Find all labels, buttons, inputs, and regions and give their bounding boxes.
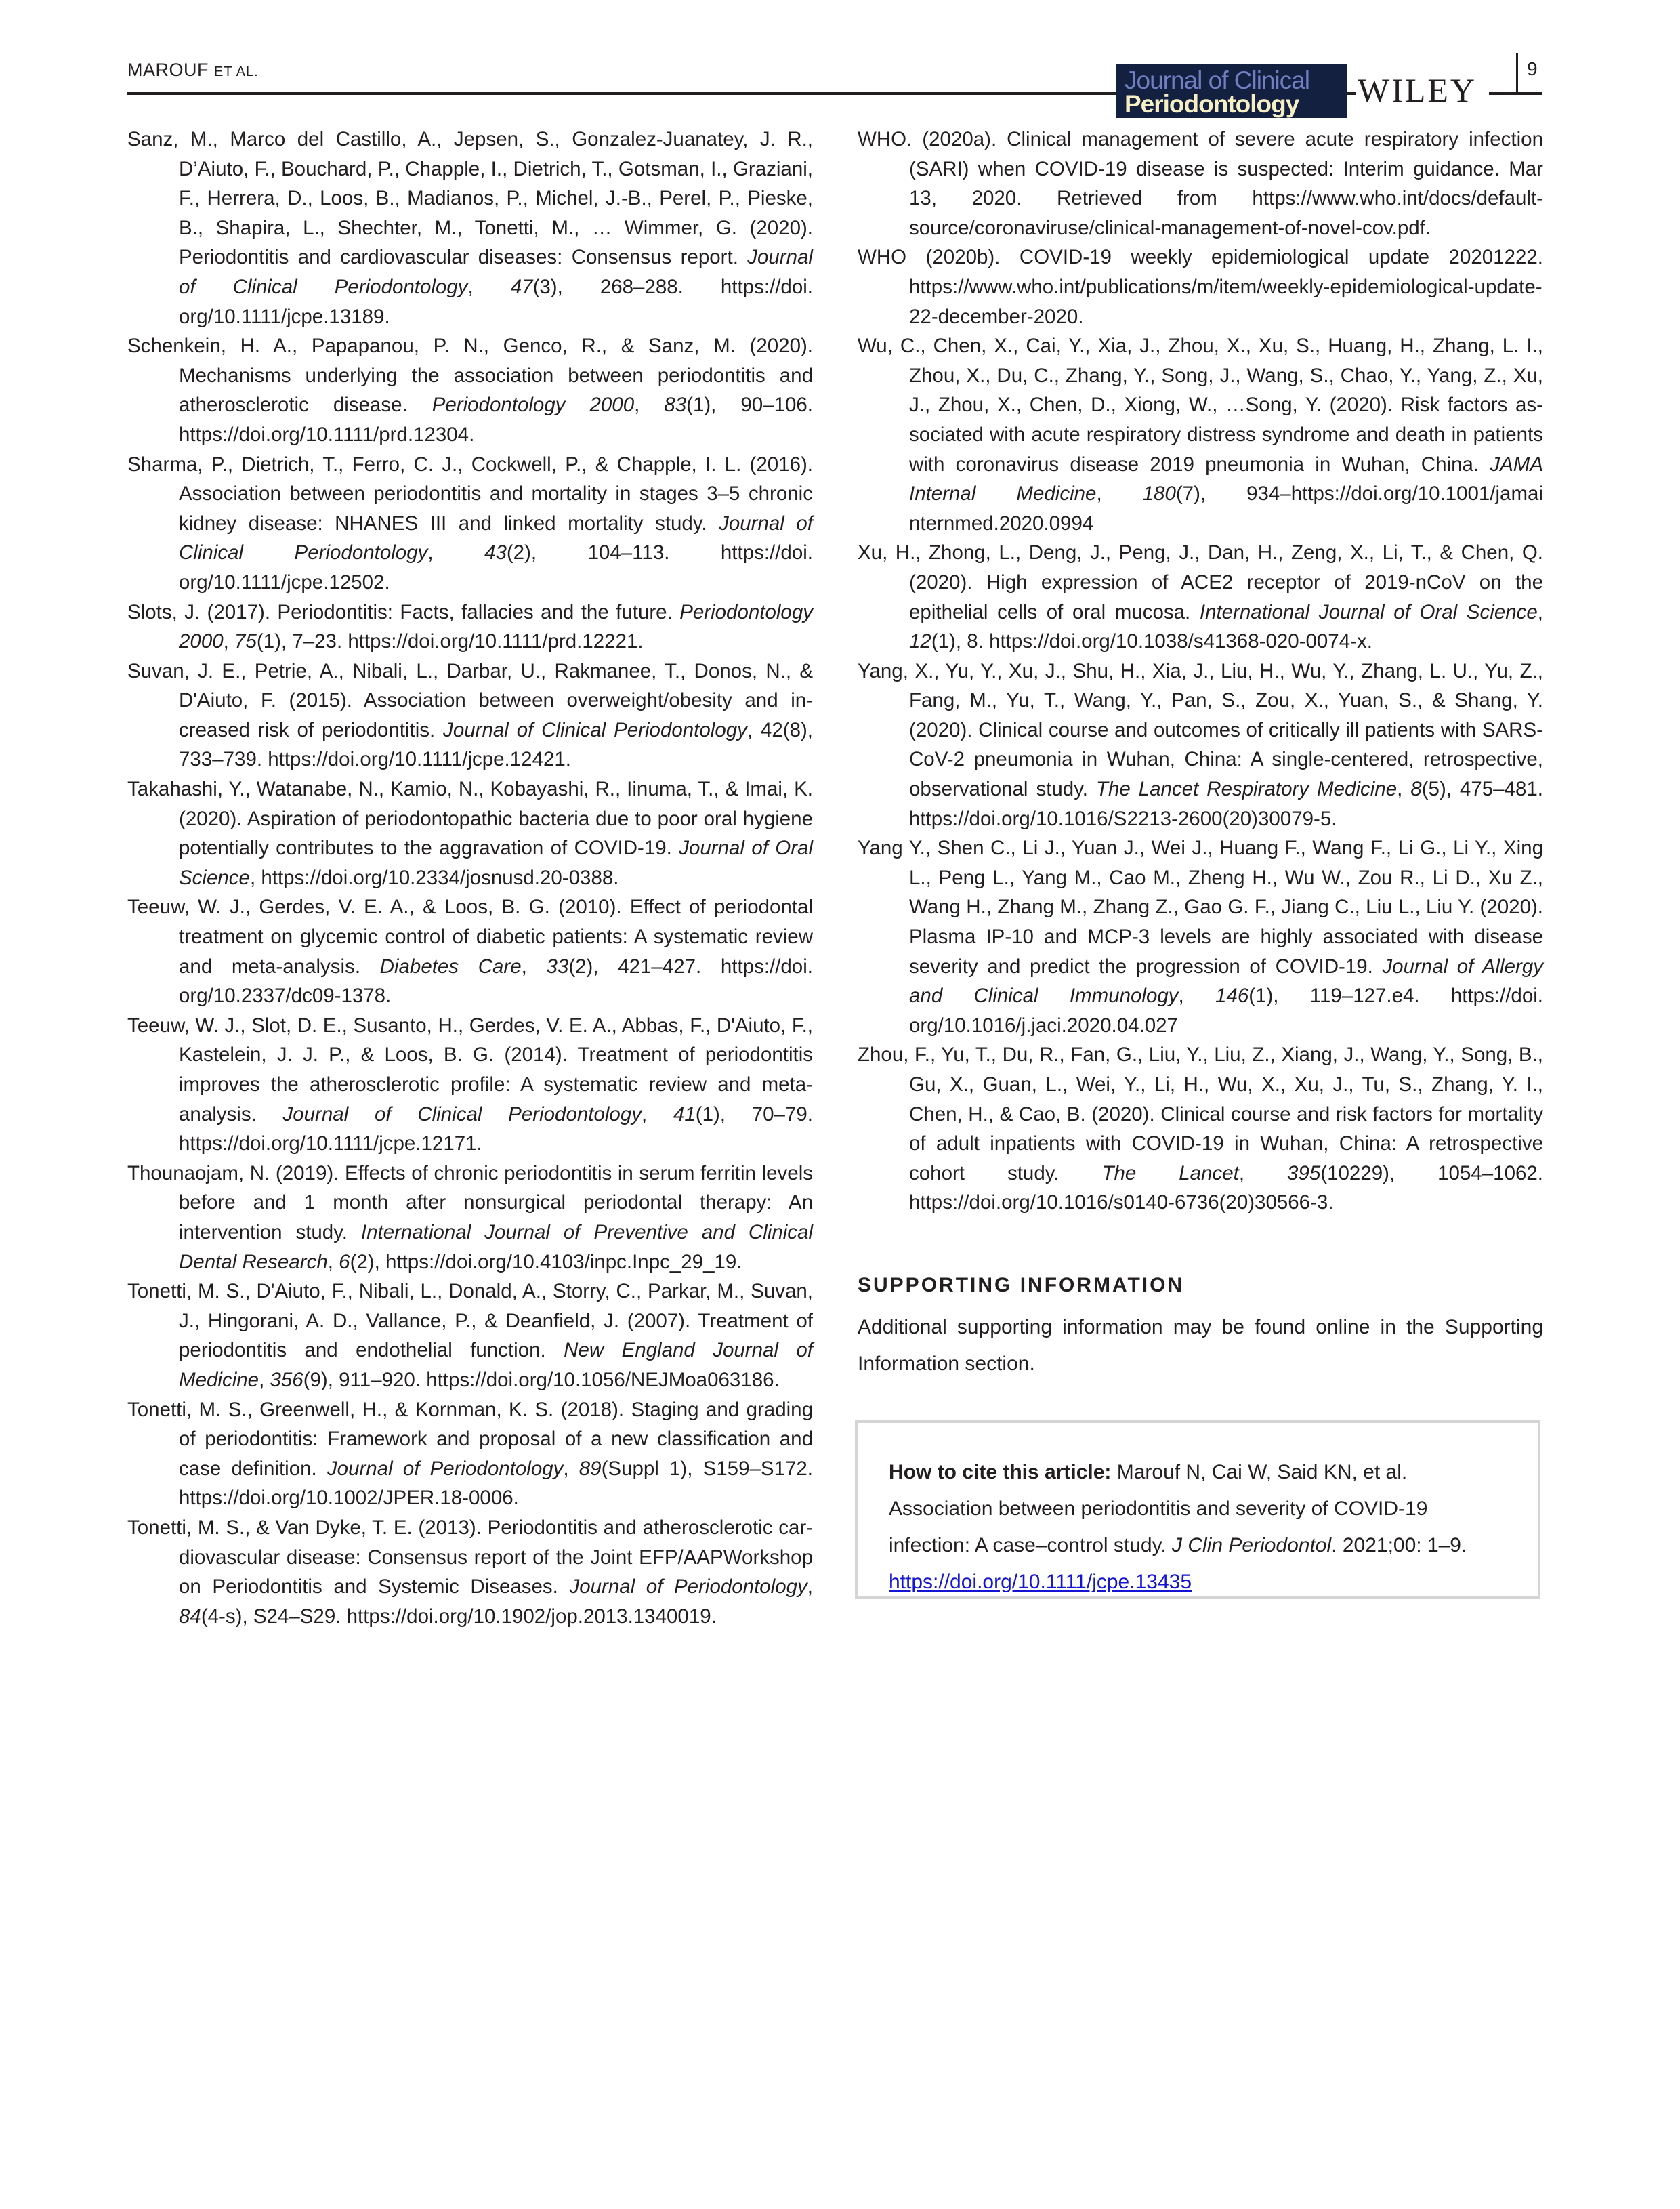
reference-italic-segment: 83 bbox=[664, 394, 686, 416]
reference-entry: Tonetti, M. S., Greenwell, H., & Kornman… bbox=[127, 1395, 813, 1513]
reference-entry: Tonetti, M. S., D'Aiuto, F., Nibali, L.,… bbox=[127, 1277, 813, 1395]
reference-entry: Thounaojam, N. (2019). Effects of chroni… bbox=[127, 1159, 813, 1277]
reference-text-segment: (4-s), S24–S29. https://doi.org/10.1902/… bbox=[201, 1605, 717, 1628]
reference-text-segment: , bbox=[1397, 778, 1410, 800]
page-number: 9 bbox=[1527, 58, 1538, 80]
reference-entry: Xu, H., Zhong, L., Deng, J., Peng, J., D… bbox=[858, 538, 1543, 656]
reference-text-segment: , bbox=[1538, 601, 1543, 623]
reference-italic-segment: 43 bbox=[484, 541, 507, 564]
reference-entry: Yang Y., Shen C., Li J., Yuan J., Wei J.… bbox=[858, 833, 1543, 1040]
reference-text-segment: , bbox=[427, 541, 484, 564]
reference-text-segment: , bbox=[522, 955, 547, 978]
reference-entry: Takahashi, Y., Watanabe, N., Kamio, N., … bbox=[127, 775, 813, 892]
reference-text-segment: (9), 911–920. https://doi.org/10.1056/NE… bbox=[303, 1369, 780, 1391]
reference-entry: Sharma, P., Dietrich, T., Ferro, C. J., … bbox=[127, 450, 813, 598]
reference-italic-segment: 146 bbox=[1215, 985, 1248, 1007]
reference-italic-segment: The Lancet bbox=[1101, 1162, 1238, 1184]
references-right-column: WHO. (2020a). Clinical management of sev… bbox=[858, 125, 1543, 1218]
reference-italic-segment: 89 bbox=[579, 1458, 602, 1480]
reference-entry: Teeuw, W. J., Gerdes, V. E. A., & Loos, … bbox=[127, 892, 813, 1010]
running-head-etal: ET AL. bbox=[214, 64, 259, 79]
journal-abbrev: J Clin Periodontol bbox=[1172, 1534, 1331, 1556]
reference-text-segment: WHO (2020b). COVID-19 weekly epidemiolog… bbox=[858, 246, 1543, 327]
doi-link[interactable]: https://doi.org/10.1111/jcpe.13435 bbox=[889, 1571, 1192, 1593]
reference-italic-segment: 33 bbox=[546, 955, 568, 978]
reference-entry: Yang, X., Yu, Y., Xu, J., Shu, H., Xia, … bbox=[858, 657, 1543, 834]
how-to-cite-box: How to cite this article: Marouf N, Cai … bbox=[855, 1420, 1540, 1599]
reference-italic-segment: Journal of Clinical Periodontology bbox=[283, 1103, 642, 1126]
reference-text-segment: , bbox=[224, 630, 234, 653]
reference-italic-segment: 47 bbox=[511, 276, 533, 298]
reference-italic-segment: 356 bbox=[270, 1369, 303, 1391]
reference-italic-segment: The Lancet Respiratory Medicine bbox=[1096, 778, 1397, 800]
reference-entry: Teeuw, W. J., Slot, D. E., Susanto, H., … bbox=[127, 1011, 813, 1159]
reference-text-segment: (2), https://doi.org/10.4103/inpc.Inpc_2… bbox=[350, 1251, 742, 1273]
reference-text-segment: , bbox=[642, 1103, 673, 1126]
reference-entry: WHO (2020b). COVID-19 weekly epidemiolog… bbox=[858, 243, 1543, 331]
reference-entry: Sanz, M., Marco del Castillo, A., Jepsen… bbox=[127, 125, 813, 331]
running-head-author: MAROUF bbox=[127, 60, 209, 80]
reference-text-segment: , bbox=[259, 1369, 270, 1391]
reference-italic-segment: 180 bbox=[1143, 482, 1176, 505]
journal-logo: Journal of Clinical Periodontology bbox=[1116, 64, 1347, 118]
references-left-column: Sanz, M., Marco del Castillo, A., Jepsen… bbox=[127, 125, 813, 1631]
reference-text-segment: Sharma, P., Dietrich, T., Ferro, C. J., … bbox=[127, 453, 813, 535]
reference-italic-segment: 6 bbox=[339, 1251, 350, 1273]
supporting-information-heading: SUPPORTING INFORMATION bbox=[858, 1274, 1184, 1297]
how-to-cite-pages: . 2021;00: 1–9. bbox=[1331, 1534, 1467, 1556]
reference-italic-segment: 12 bbox=[909, 630, 931, 653]
reference-text-segment: , bbox=[468, 276, 511, 298]
journal-logo-line1: Journal of Clinical bbox=[1125, 68, 1340, 93]
reference-text-segment: WHO. (2020a). Clinical management of sev… bbox=[858, 128, 1543, 239]
reference-italic-segment: International Journal of Oral Science bbox=[1200, 601, 1538, 623]
header-rule-segment bbox=[1347, 92, 1356, 95]
reference-entry: Tonetti, M. S., & Van Dyke, T. E. (2013)… bbox=[127, 1513, 813, 1631]
reference-text-segment: , bbox=[807, 1575, 813, 1598]
page-number-divider bbox=[1516, 53, 1518, 94]
reference-text-segment: , bbox=[1239, 1162, 1287, 1184]
reference-entry: Wu, C., Chen, X., Cai, Y., Xia, J., Zhou… bbox=[858, 331, 1543, 538]
running-head: MAROUF ET AL. bbox=[127, 60, 259, 81]
publisher-logo: WILEY bbox=[1358, 70, 1477, 110]
reference-entry: Zhou, F., Yu, T., Du, R., Fan, G., Liu, … bbox=[858, 1040, 1543, 1218]
reference-text-segment: , bbox=[634, 394, 664, 416]
reference-entry: Slots, J. (2017). Periodontitis: Facts, … bbox=[127, 598, 813, 657]
reference-text-segment: , https://doi.org/10.2334/josnusd.20-038… bbox=[250, 867, 619, 889]
header-rule bbox=[127, 92, 1116, 95]
journal-logo-line2: Periodontology bbox=[1125, 91, 1340, 117]
reference-entry: WHO. (2020a). Clinical management of sev… bbox=[858, 125, 1543, 243]
reference-italic-segment: Journal of Periodontology bbox=[327, 1458, 563, 1480]
reference-entry: Suvan, J. E., Petrie, A., Nibali, L., Da… bbox=[127, 657, 813, 775]
reference-italic-segment: Journal of Clinical Periodontology bbox=[443, 719, 747, 741]
reference-italic-segment: Diabetes Care bbox=[380, 955, 522, 978]
reference-italic-segment: 8 bbox=[1410, 778, 1421, 800]
reference-text-segment: Wu, C., Chen, X., Cai, Y., Xia, J., Zhou… bbox=[858, 335, 1543, 475]
header-rule-segment bbox=[1489, 92, 1542, 95]
reference-text-segment: Slots, J. (2017). Periodontitis: Facts, … bbox=[127, 601, 679, 623]
reference-text-segment: , bbox=[1179, 985, 1215, 1007]
reference-italic-segment: Periodontology 2000 bbox=[432, 394, 634, 416]
reference-italic-segment: 395 bbox=[1287, 1162, 1320, 1184]
reference-text-segment: (1), 7–23. https://doi.org/10.1111/prd.1… bbox=[257, 630, 644, 653]
reference-entry: Schenkein, H. A., Papapanou, P. N., Genc… bbox=[127, 331, 813, 449]
how-to-cite-label: How to cite this article: bbox=[889, 1461, 1111, 1483]
reference-italic-segment: 41 bbox=[673, 1103, 696, 1126]
reference-italic-segment: 75 bbox=[234, 630, 257, 653]
reference-text-segment: , bbox=[1096, 482, 1142, 505]
reference-italic-segment: 84 bbox=[179, 1605, 201, 1628]
supporting-information-text: Additional supporting information may be… bbox=[858, 1309, 1543, 1382]
reference-text-segment: Sanz, M., Marco del Castillo, A., Jepsen… bbox=[127, 128, 813, 268]
reference-text-segment: , bbox=[328, 1251, 339, 1273]
reference-text-segment: (1), 8. https://doi.org/10.1038/s41368-0… bbox=[931, 630, 1372, 653]
reference-text-segment: , bbox=[563, 1458, 579, 1480]
reference-italic-segment: Journal of Periodontology bbox=[569, 1575, 807, 1598]
